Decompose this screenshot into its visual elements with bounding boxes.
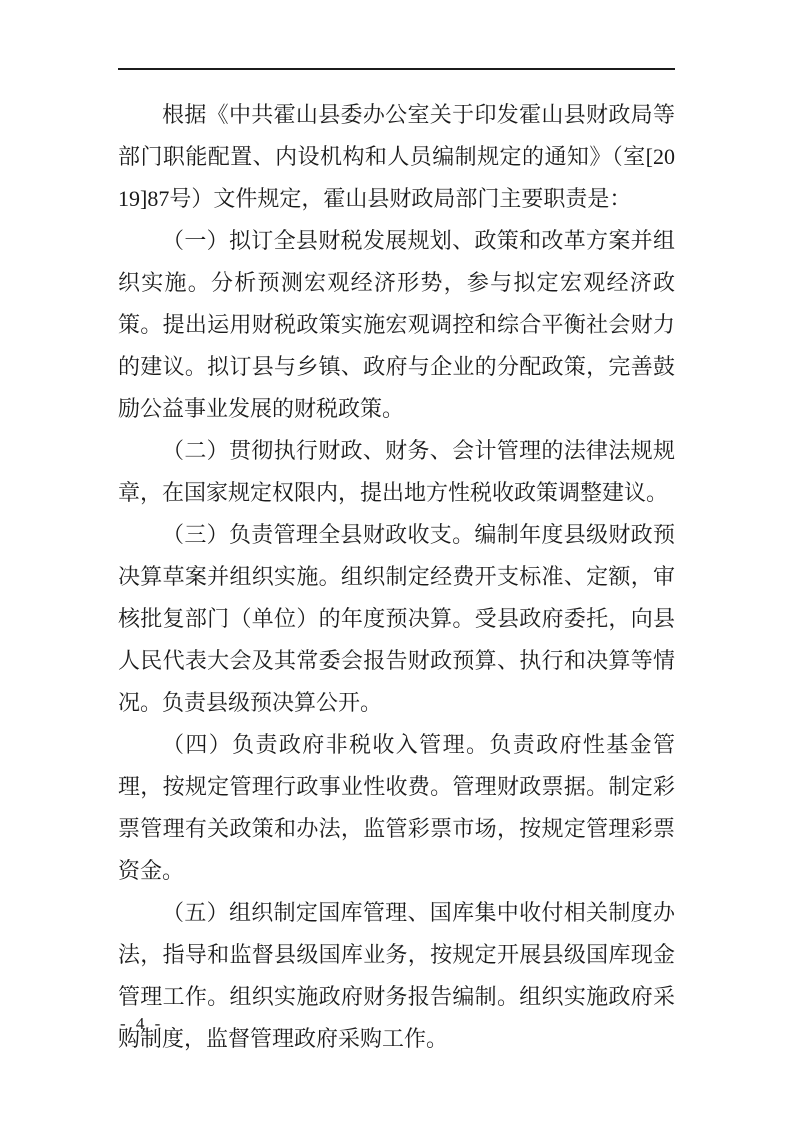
document-page: 根据《中共霍山县委办公室关于印发霍山县财政局等部门职能配置、内设机构和人员编制规…: [0, 0, 793, 1122]
paragraph-duty-1: （一）拟订全县财税发展规划、政策和改革方案并组织实施。分析预测宏观经济形势，参与…: [118, 220, 675, 430]
paragraph-intro: 根据《中共霍山县委办公室关于印发霍山县财政局等部门职能配置、内设机构和人员编制规…: [118, 94, 675, 220]
paragraph-duty-5: （五）组织制定国库管理、国库集中收付相关制度办法，指导和监督县级国库业务，按规定…: [118, 892, 675, 1060]
document-body: 根据《中共霍山县委办公室关于印发霍山县财政局等部门职能配置、内设机构和人员编制规…: [118, 94, 675, 1060]
paragraph-duty-2: （二）贯彻执行财政、财务、会计管理的法律法规规章，在国家规定权限内，提出地方性税…: [118, 430, 675, 514]
page-number: - 4 -: [120, 1012, 163, 1036]
paragraph-duty-4: （四）负责政府非税收入管理。负责政府性基金管理，按规定管理行政事业性收费。管理财…: [118, 724, 675, 892]
header-rule: [118, 68, 675, 70]
paragraph-duty-3: （三）负责管理全县财政收支。编制年度县级财政预决算草案并组织实施。组织制定经费开…: [118, 514, 675, 724]
